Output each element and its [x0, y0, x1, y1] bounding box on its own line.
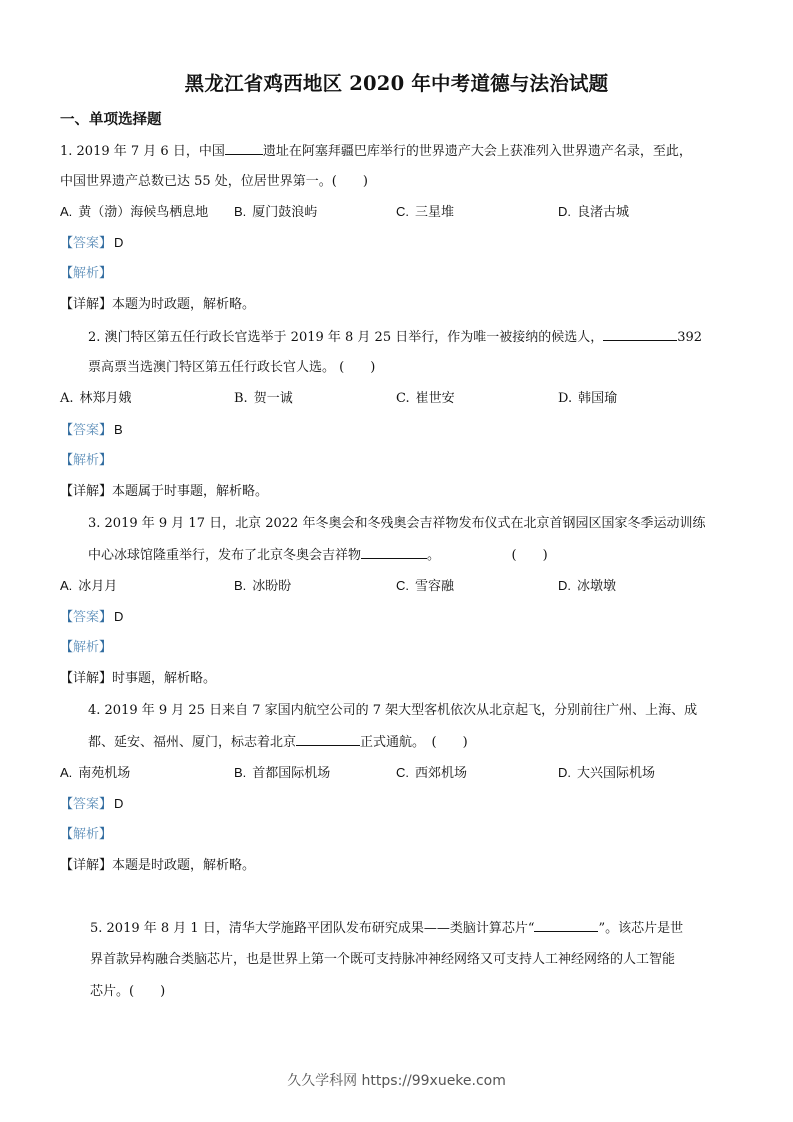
- option-c: C.雪容融: [396, 577, 454, 596]
- option-d: D.冰墩墩: [558, 577, 616, 596]
- option-d: D.韩国瑜: [558, 390, 617, 408]
- question-1-options: A.黄（渤）海候鸟栖息地 B.厦门鼓浪屿 C.三星堆 D.良渚古城: [60, 203, 740, 221]
- answer-value: B: [114, 422, 123, 437]
- answer-line: 【答案】D: [60, 608, 123, 627]
- option-a: A.冰月月: [60, 577, 117, 596]
- question-5-line-3: 芯片。( ): [90, 983, 165, 1001]
- question-3-line-2: 中心冰球馆隆重举行，发布了北京冬奥会吉祥物。 ( ): [88, 546, 548, 565]
- detail-line: 【详解】本题为时政题，解析略。: [60, 296, 255, 314]
- answer-value: D: [114, 609, 123, 624]
- option-d: D.大兴国际机场: [558, 764, 655, 783]
- answer-blank: [296, 733, 360, 746]
- option-a: A.黄（渤）海候鸟栖息地: [60, 203, 208, 222]
- question-3-line-1: 3. 2019 年 9 月 17 日，北京 2022 年冬奥会和冬残奥会吉祥物发…: [88, 515, 705, 533]
- question-2-line-1: 2. 澳门特区第五任行政长官选举于 2019 年 8 月 25 日举行，作为唯一…: [88, 328, 702, 347]
- question-4-options: A.南苑机场 B.首都国际机场 C.西郊机场 D.大兴国际机场: [60, 764, 740, 782]
- option-b: B.厦门鼓浪屿: [234, 203, 317, 222]
- question-1-line-1: 1. 2019 年 7 月 6 日，中国遗址在阿塞拜疆巴库举行的世界遗产大会上获…: [60, 142, 692, 161]
- option-c: C.三星堆: [396, 203, 454, 222]
- question-4-line-2: 都、延安、福州、厦门，标志着北京正式通航。 ( ): [88, 733, 468, 752]
- section-heading: 一、单项选择题: [60, 108, 162, 129]
- answer-blank: [225, 142, 263, 155]
- analysis-label: 【解析】: [60, 826, 112, 844]
- question-1-line-2: 中国世界遗产总数已达 55 处，位居世界第一。( ): [60, 173, 368, 191]
- question-2-line-2: 票高票当选澳门特区第五任行政长官人选。 ( ): [88, 359, 375, 377]
- question-2-options: A.林郑月娥 B.贺一诚 C.崔世安 D.韩国瑜: [60, 390, 740, 408]
- analysis-label: 【解析】: [60, 452, 112, 470]
- answer-blank: [534, 919, 598, 932]
- option-a: A.林郑月娥: [60, 390, 132, 408]
- option-c: C.西郊机场: [396, 764, 467, 783]
- answer-line: 【答案】D: [60, 795, 123, 814]
- option-b: B.贺一诚: [234, 390, 293, 408]
- option-d: D.良渚古城: [558, 203, 629, 222]
- answer-value: D: [114, 796, 123, 811]
- analysis-label: 【解析】: [60, 265, 112, 283]
- detail-line: 【详解】时事题，解析略。: [60, 670, 216, 688]
- option-b: B.冰盼盼: [234, 577, 291, 596]
- option-c: C.崔世安: [396, 390, 455, 408]
- question-3-options: A.冰月月 B.冰盼盼 C.雪容融 D.冰墩墩: [60, 577, 740, 595]
- answer-blank: [603, 328, 677, 341]
- question-4-line-1: 4. 2019 年 9 月 25 日来自 7 家国内航空公司的 7 架大型客机依…: [88, 702, 697, 720]
- answer-line: 【答案】D: [60, 234, 123, 253]
- page-title: 黑龙江省鸡西地区 2020 年中考道德与法治试题: [0, 68, 793, 96]
- question-5-line-2: 界首款异构融合类脑芯片，也是世界上第一个既可支持脉冲神经网络又可支持人工神经网络…: [90, 951, 675, 969]
- footer-watermark: 久久学科网 https://99xueke.com: [0, 1070, 793, 1090]
- detail-line: 【详解】本题属于时事题，解析略。: [60, 483, 268, 501]
- answer-line: 【答案】B: [60, 421, 123, 440]
- detail-line: 【详解】本题是时政题，解析略。: [60, 857, 255, 875]
- analysis-label: 【解析】: [60, 639, 112, 657]
- option-a: A.南苑机场: [60, 764, 130, 783]
- question-5-line-1: 5. 2019 年 8 月 1 日，清华大学施路平团队发布研究成果——类脑计算芯…: [90, 919, 683, 938]
- answer-blank: [361, 546, 427, 559]
- answer-value: D: [114, 235, 123, 250]
- option-b: B.首都国际机场: [234, 764, 330, 783]
